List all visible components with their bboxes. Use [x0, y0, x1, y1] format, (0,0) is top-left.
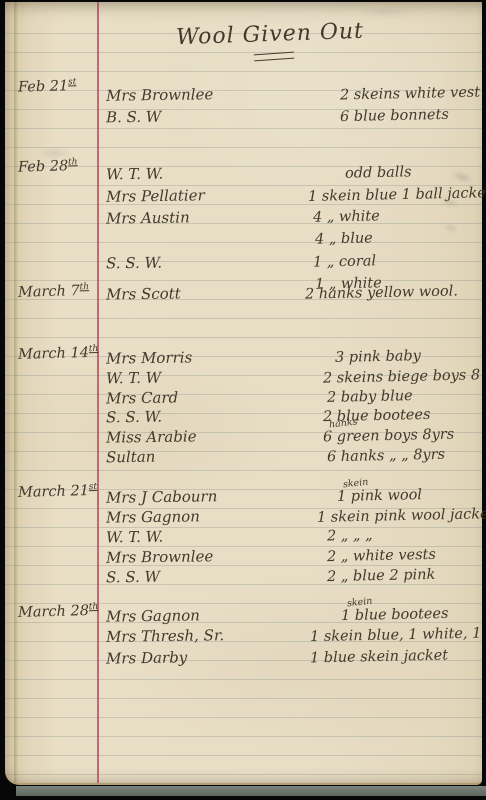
date-text: March 7	[18, 283, 80, 301]
entry-item: 2 „ white vests	[327, 547, 436, 565]
entry-name: Mrs Scott	[106, 284, 181, 303]
entry-date: March 28th	[18, 602, 99, 621]
photo-of-ledger: { "page_title": "Wool Given Out", "color…	[0, 0, 486, 800]
ledger-page: Wool Given Out Feb 21stMrs Brownlee2 ske…	[5, 2, 482, 785]
entry-name: W. T. W	[106, 369, 161, 388]
entry-name: W. T. W.	[106, 165, 163, 184]
entry-name: Sultan	[106, 448, 156, 467]
entry-item: 2 baby blue	[327, 388, 413, 406]
entry-date: March 7th	[18, 282, 90, 301]
entry-item: 2 hanks yellow wool.	[305, 283, 458, 302]
date-ordinal: st	[89, 482, 98, 492]
entry-item: 3 pink baby	[335, 348, 421, 366]
date-text: March 14	[18, 345, 89, 363]
date-text: Feb 21	[18, 78, 69, 95]
entry-name: S. S. W.	[106, 408, 162, 427]
entry-item: 4 „ blue	[315, 230, 373, 247]
page-title: Wool Given Out	[155, 18, 386, 51]
entry-name: Mrs Card	[106, 388, 178, 407]
entry-item: 1 pink wool	[337, 487, 422, 505]
entry-name: S. S. W.	[106, 254, 162, 273]
entry-name: B. S. W	[106, 108, 162, 127]
entry-item: 1 blue skein jacket	[310, 648, 448, 667]
entry-date: March 14th	[18, 344, 99, 363]
entry-item: 6 blue bonnets	[340, 107, 449, 125]
entry-name: Mrs Thresh, Sr.	[106, 626, 224, 646]
entry-name: Mrs Brownlee	[106, 547, 214, 566]
entry-date: Feb 21st	[18, 77, 77, 95]
entry-item: 1 skein pink wool jacket	[317, 506, 486, 526]
entry-name: Mrs Gagnon	[106, 507, 200, 526]
date-text: March 28	[18, 603, 89, 621]
entry-item: 4 „ white	[313, 208, 380, 225]
entry-item: 2 skeins biege boys 8	[323, 367, 480, 386]
entry-item: odd balls	[345, 164, 412, 181]
date-ordinal: th	[89, 344, 99, 354]
entry-name: Mrs Gagnon	[106, 606, 200, 625]
entry-item: 6 green boys 8yrs	[323, 427, 455, 446]
entry-item: 1 skein blue 1 ball jacket.	[308, 185, 486, 205]
entry-date: Feb 28th	[18, 157, 78, 175]
date-ordinal: th	[79, 282, 89, 292]
date-ordinal: th	[68, 157, 78, 167]
entry-name: Mrs J Cabourn	[106, 487, 218, 507]
entry-item: 1 blue bootees	[341, 606, 449, 624]
margin-rule	[97, 2, 99, 783]
entry-name: Mrs Pellatier	[106, 186, 205, 205]
entry-name: Mrs Darby	[106, 648, 187, 667]
entry-name: Mrs Morris	[106, 348, 192, 367]
title-underline	[254, 52, 294, 62]
entry-name: W. T. W.	[106, 528, 163, 547]
date-ordinal: th	[89, 602, 99, 612]
entry-name: S. S. W	[106, 568, 160, 587]
date-ordinal: st	[68, 77, 77, 87]
entry-item: 2 „ blue 2 pink	[327, 567, 436, 585]
entry-date: March 21st	[18, 482, 98, 501]
entry-name: Mrs Brownlee	[106, 85, 214, 104]
desk-edge	[16, 786, 486, 796]
date-text: Feb 28	[18, 158, 69, 175]
entry-item: 2 skeins white vest	[340, 85, 480, 104]
entry-name: Miss Arabie	[106, 427, 197, 446]
entry-item: 1 „ coral	[313, 253, 376, 270]
entry-name: Mrs Austin	[106, 208, 190, 227]
date-text: March 21	[18, 483, 89, 501]
entry-item: 6 hanks „ „ 8yrs	[327, 447, 445, 465]
binding-crease	[14, 2, 18, 783]
entry-item: 1 skein blue, 1 white, 1 blue	[310, 625, 486, 645]
entry-item: 2 „ „ „	[327, 528, 373, 545]
